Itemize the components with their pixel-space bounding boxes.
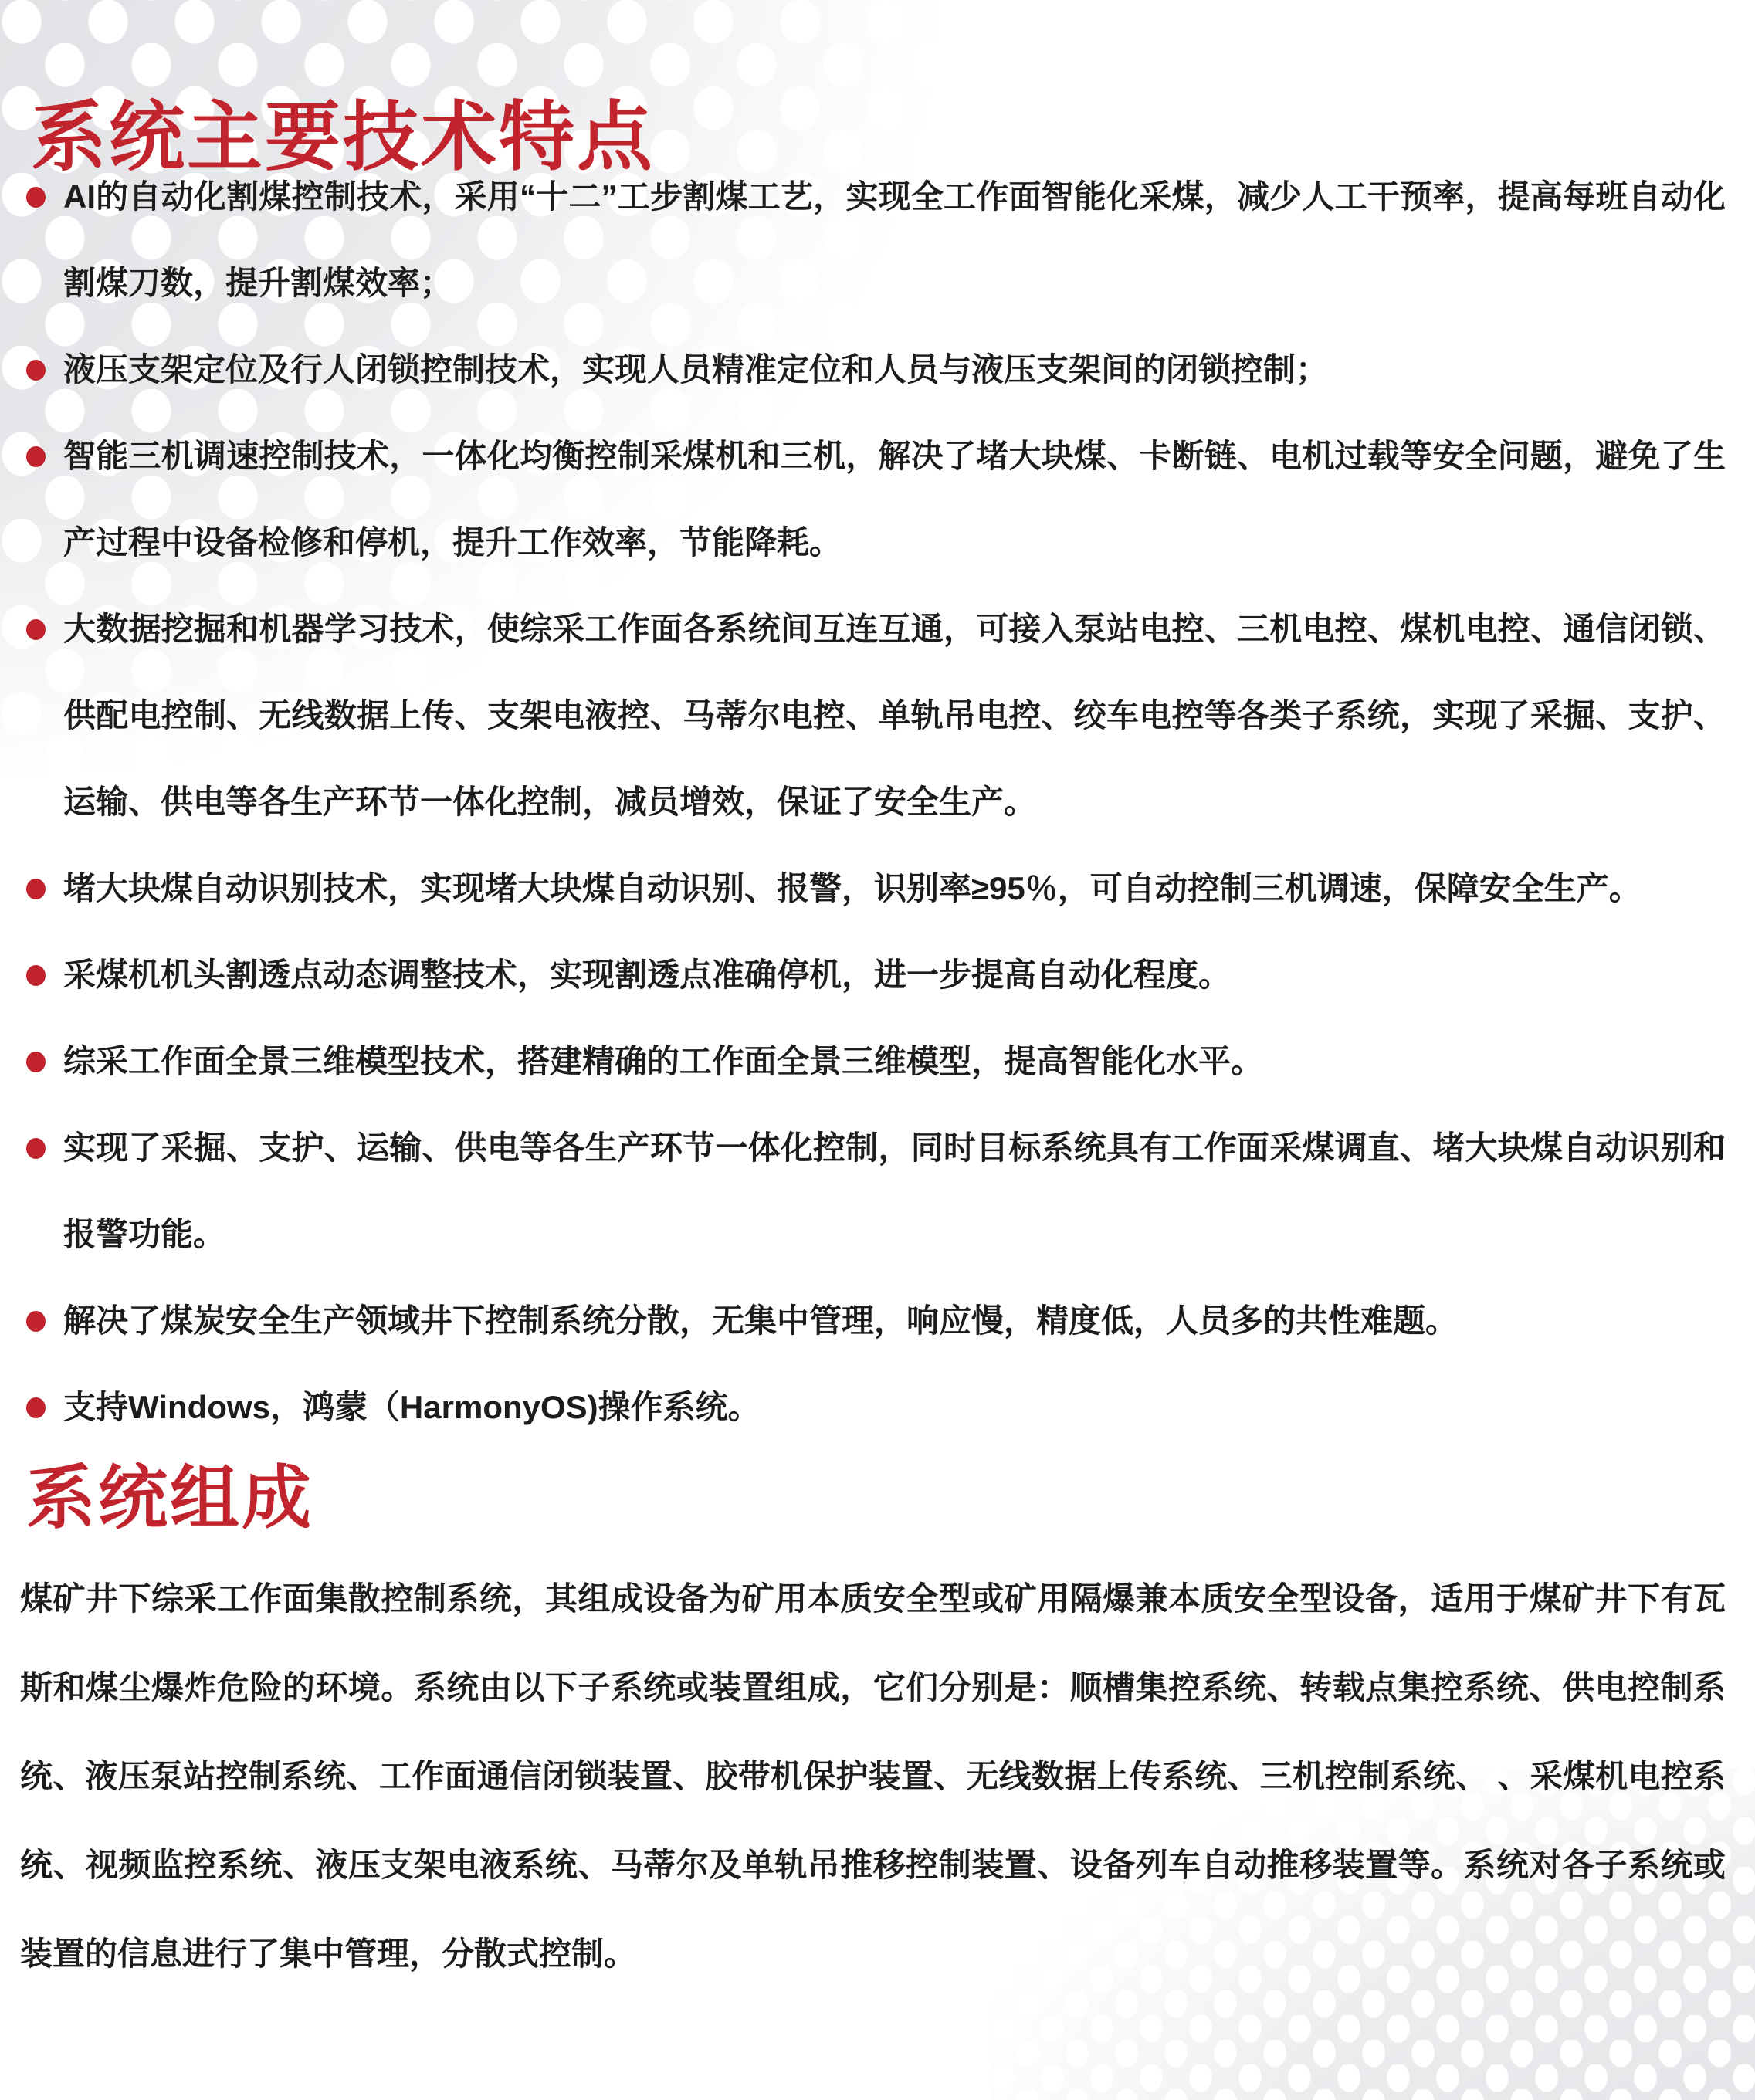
feature-list: AI的自动化割煤控制技术，采用“十二”工步割煤工艺，实现全工作面智能化采煤，减少… <box>23 154 1726 1451</box>
feature-bullet-text: 液压支架定位及行人闭锁控制技术，实现人员精准定位和人员与液压支架间的闭锁控制； <box>63 351 1328 388</box>
feature-bullet-item: 实现了采掘、支护、运输、供电等各生产环节一体化控制，同时目标系统具有工作面采煤调… <box>23 1105 1726 1278</box>
feature-bullet-text: 大数据挖掘和机器学习技术，使综采工作面各系统间互连互通，可接入泵站电控、三机电控… <box>63 611 1726 820</box>
feature-bullet-item: 解决了煤炭安全生产领域井下控制系统分散，无集中管理，响应慢，精度低，人员多的共性… <box>23 1278 1726 1364</box>
section-title-composition: 系统组成 <box>26 1464 313 1533</box>
bullet-dot-icon <box>26 619 46 640</box>
feature-bullet-text: 采煤机机头割透点动态调整技术，实现割透点准确停机，进一步提高自动化程度。 <box>63 957 1231 993</box>
feature-bullet-text: 智能三机调速控制技术，一体化均衡控制采煤机和三机，解决了堵大块煤、卡断链、电机过… <box>63 438 1726 561</box>
feature-bullet-text: 堵大块煤自动识别技术，实现堵大块煤自动识别、报警，识别率≥95％，可自动控制三机… <box>63 870 1642 906</box>
feature-bullet-text: 支持Windows，鸿蒙（HarmonyOS)操作系统。 <box>63 1389 761 1425</box>
feature-bullet-text: AI的自动化割煤控制技术，采用“十二”工步割煤工艺，实现全工作面智能化采煤，减少… <box>63 178 1726 301</box>
feature-bullet-item: 综采工作面全景三维模型技术，搭建精确的工作面全景三维模型，提高智能化水平。 <box>23 1018 1726 1105</box>
feature-bullet-item: AI的自动化割煤控制技术，采用“十二”工步割煤工艺，实现全工作面智能化采煤，减少… <box>23 154 1726 327</box>
composition-paragraph: 煤矿井下综采工作面集散控制系统，其组成设备为矿用本质安全型或矿用隔爆兼本质安全型… <box>20 1554 1726 1998</box>
bullet-dot-icon <box>26 1397 46 1418</box>
feature-bullet-item: 液压支架定位及行人闭锁控制技术，实现人员精准定位和人员与液压支架间的闭锁控制； <box>23 327 1726 413</box>
feature-bullet-text: 实现了采掘、支护、运输、供电等各生产环节一体化控制，同时目标系统具有工作面采煤调… <box>63 1130 1726 1252</box>
bullet-dot-icon <box>26 446 46 467</box>
bullet-dot-icon <box>26 1311 46 1332</box>
bullet-dot-icon <box>26 360 46 381</box>
feature-bullet-item: 支持Windows，鸿蒙（HarmonyOS)操作系统。 <box>23 1364 1726 1451</box>
feature-bullet-text: 综采工作面全景三维模型技术，搭建精确的工作面全景三维模型，提高智能化水平。 <box>63 1043 1263 1079</box>
feature-bullet-item: 大数据挖掘和机器学习技术，使综采工作面各系统间互连互通，可接入泵站电控、三机电控… <box>23 586 1726 845</box>
bullet-dot-icon <box>26 187 46 208</box>
document-page: { "colors": { "accent_red": "#c2242e", "… <box>0 0 1755 2100</box>
feature-bullet-item: 采煤机机头割透点动态调整技术，实现割透点准确停机，进一步提高自动化程度。 <box>23 932 1726 1018</box>
bullet-dot-icon <box>26 965 46 986</box>
bullet-dot-icon <box>26 1052 46 1072</box>
feature-bullet-item: 智能三机调速控制技术，一体化均衡控制采煤机和三机，解决了堵大块煤、卡断链、电机过… <box>23 413 1726 586</box>
bullet-dot-icon <box>26 1138 46 1159</box>
bullet-dot-icon <box>26 879 46 899</box>
feature-bullet-item: 堵大块煤自动识别技术，实现堵大块煤自动识别、报警，识别率≥95％，可自动控制三机… <box>23 845 1726 932</box>
feature-bullet-text: 解决了煤炭安全生产领域井下控制系统分散，无集中管理，响应慢，精度低，人员多的共性… <box>63 1302 1458 1339</box>
